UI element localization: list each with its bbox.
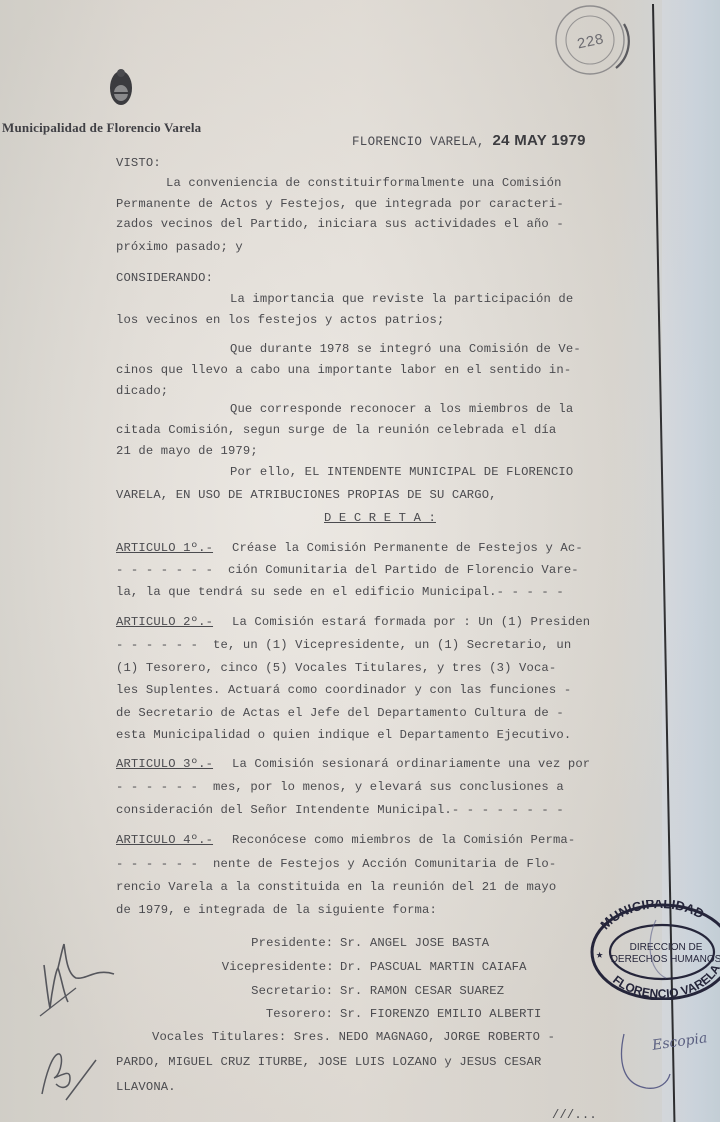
- vocales-line: LLAVONA.: [116, 1080, 176, 1094]
- article-label: ARTICULO 3º.-: [116, 757, 213, 771]
- article-line: La Comisión estará formada por : Un (1) …: [232, 615, 590, 629]
- member-role: Tesorero:: [266, 1007, 333, 1021]
- considerando-line: VARELA, EN USO DE ATRIBUCIONES PROPIAS D…: [116, 488, 497, 502]
- member-name: Sr. FIORENZO EMILIO ALBERTI: [340, 1007, 542, 1021]
- date-stamp: 24 MAY 1979: [492, 132, 585, 149]
- member-name: Sr. RAMON CESAR SUAREZ: [340, 984, 504, 998]
- svg-text:★: ★: [596, 948, 603, 962]
- article-line: - - - - - - nente de Festejos y Acción C…: [116, 857, 556, 871]
- article-line: consideración del Señor Intendente Munic…: [116, 803, 564, 817]
- considerando-line: Que corresponde reconocer a los miembros…: [230, 402, 573, 416]
- article-line: Reconócese como miembros de la Comisión …: [232, 833, 575, 847]
- svg-text:DERECHOS HUMANOS: DERECHOS HUMANOS: [611, 954, 720, 965]
- article-label: ARTICULO 1º.-: [116, 541, 213, 555]
- member-role: Secretario:: [251, 984, 333, 998]
- article-line: esta Municipalidad o quien indique el De…: [116, 728, 571, 742]
- article-line: la, la que tendrá su sede en el edificio…: [116, 585, 564, 599]
- visto-heading: VISTO:: [116, 156, 161, 170]
- handwritten-signature-2: [36, 1044, 106, 1104]
- considerando-line: citada Comisión, segun surge de la reuni…: [116, 423, 556, 437]
- place-label: FLORENCIO VARELA,: [352, 135, 485, 149]
- article-line: de Secretario de Actas el Jefe del Depar…: [116, 706, 564, 720]
- svg-text:DIRECCION DE: DIRECCION DE: [630, 942, 703, 953]
- municipality-letterhead: Municipalidad de Florencio Varela: [2, 120, 201, 136]
- article-line: Créase la Comisión Permanente de Festejo…: [232, 541, 583, 555]
- coat-of-arms-icon: [108, 66, 134, 108]
- considerando-line: La importancia que reviste la participac…: [230, 292, 573, 306]
- member-role: Presidente:: [251, 936, 333, 950]
- svg-text:228: 228: [576, 31, 606, 53]
- visto-line: zados vecinos del Partido, iniciara sus …: [116, 217, 564, 231]
- considerando-line: los vecinos en los festejos y actos patr…: [116, 313, 444, 327]
- continuation-mark: ///...: [552, 1108, 597, 1122]
- article-line: La Comisión sesionará ordinariamente una…: [232, 757, 590, 771]
- ink-loop-mark: [616, 1030, 676, 1092]
- handwritten-signature-1: [36, 940, 126, 1020]
- human-rights-office-stamp: MUNICIPALIDAD FLORENCIO VARELA DIRECCION…: [586, 900, 720, 1000]
- article-label: ARTICULO 4º.-: [116, 833, 213, 847]
- visto-line: La conveniencia de constituirformalmente…: [166, 176, 562, 190]
- received-stamp: 228: [546, 4, 630, 76]
- article-line: - - - - - - mes, por lo menos, y elevará…: [116, 780, 564, 794]
- article-line: de 1979, e integrada de la siguiente for…: [116, 903, 437, 917]
- considerando-line: Por ello, EL INTENDENTE MUNICIPAL DE FLO…: [230, 465, 573, 479]
- article-line: - - - - - - te, un (1) Vicepresidente, u…: [116, 638, 571, 652]
- member-name: Dr. PASCUAL MARTIN CAIAFA: [340, 960, 527, 974]
- decreta-heading: D E C R E T A :: [324, 511, 436, 525]
- date-line: FLORENCIO VARELA, 24 MAY 1979: [352, 132, 586, 149]
- member-name: Sr. ANGEL JOSE BASTA: [340, 936, 489, 950]
- vocales-line: Vocales Titulares: Sres. NEDO MAGNAGO, J…: [152, 1030, 555, 1044]
- considerando-line: cinos que llevo a cabo una importante la…: [116, 363, 571, 377]
- article-line: (1) Tesorero, cinco (5) Vocales Titulare…: [116, 661, 556, 675]
- visto-line: próximo pasado; y: [116, 240, 243, 254]
- scanned-decree-page: 228 Municipalidad de Florencio Varela FL…: [0, 0, 720, 1122]
- article-label: ARTICULO 2º.-: [116, 615, 213, 629]
- visto-line: Permanente de Actos y Festejos, que inte…: [116, 197, 564, 211]
- considerando-line: dicado;: [116, 384, 168, 398]
- considerando-line: Que durante 1978 se integró una Comisión…: [230, 342, 581, 356]
- article-line: rencio Varela a la constituida en la reu…: [116, 880, 556, 894]
- considerando-line: 21 de mayo de 1979;: [116, 444, 258, 458]
- considerando-heading: CONSIDERANDO:: [116, 271, 213, 285]
- svg-text:MUNICIPALIDAD: MUNICIPALIDAD: [597, 900, 706, 932]
- article-line: les Suplentes. Actuará como coordinador …: [116, 683, 571, 697]
- member-role: Vicepresidente:: [222, 960, 334, 974]
- article-line: - - - - - - - ción Comunitaria del Parti…: [116, 563, 579, 577]
- vocales-line: PARDO, MIGUEL CRUZ ITURBE, JOSE LUIS LOZ…: [116, 1055, 541, 1069]
